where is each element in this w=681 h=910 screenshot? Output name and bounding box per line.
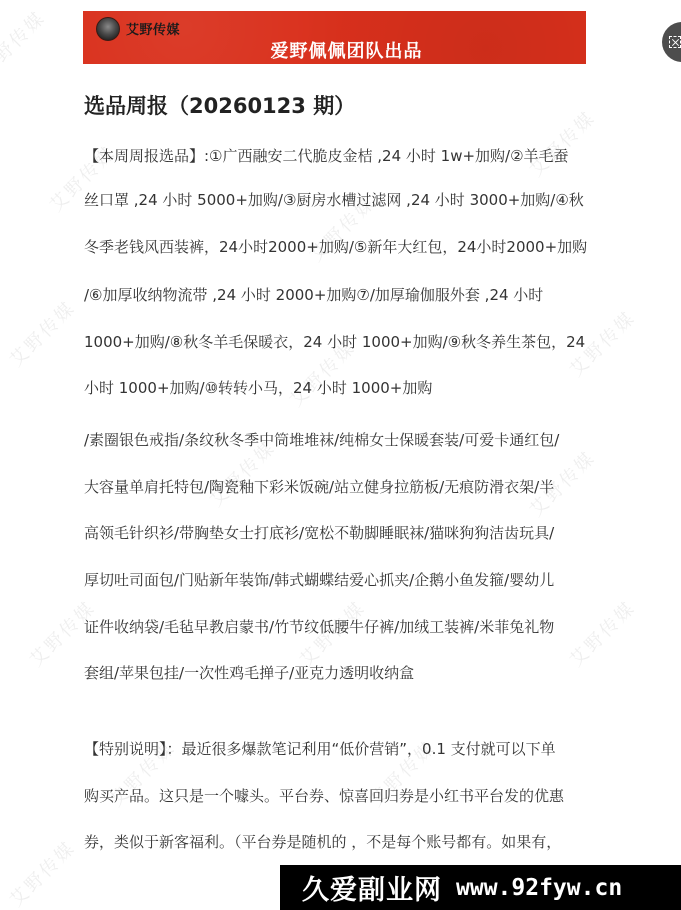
special-note-line: 购买产品。这只是一个噱头。平台券、惊喜回归券是小红书平台发的优惠 [84, 785, 564, 806]
watermark: 艾野传媒 [523, 104, 601, 182]
product-list-line: 证件收纳袋/毛毡早教启蒙书/竹节纹低腰牛仔裤/加绒工装裤/米菲兔礼物 [84, 616, 554, 637]
product-list-line: 厚切吐司面包/门贴新年装饰/韩式蝴蝶结爱心抓夹/企鹅小鱼发箍/婴幼儿 [84, 569, 554, 590]
watermark: 艾野传媒 [3, 294, 81, 372]
close-fullscreen-icon [669, 36, 681, 48]
watermark: 艾野传媒 [563, 594, 641, 672]
special-note-line: 券，类似于新客福利。（平台券是随机的 ，不是每个账号都有。如果有， [84, 831, 561, 852]
weekly-picks-line: 【本周周报选品】:①广西融安二代脆皮金桔 ,24 小时 1w+加购/②羊毛蚕 [84, 145, 569, 166]
weekly-picks-line: /⑥加厚收纳物流带 ,24 小时 2000+加购⑦/加厚瑜伽服外套 ,24 小时 [84, 284, 543, 305]
banner-title: 爱野佩佩团队出品 [83, 37, 586, 63]
footer-site-banner: 久爱副业网 www.92fyw.cn [280, 865, 681, 910]
close-button[interactable] [662, 22, 681, 62]
product-list-line: 大容量单肩托特包/陶瓷釉下彩米饭碗/站立健身拉筋板/无痕防滑衣架/半 [84, 476, 554, 497]
brand-name: 艾野传媒 [126, 19, 180, 38]
special-note-line: 【特别说明】：最近很多爆款笔记利用“低价营销”，0.1 支付就可以下单 [84, 738, 556, 759]
site-url[interactable]: www.92fyw.cn [456, 875, 622, 901]
product-list-line: 高领毛针织衫/带胸垫女士打底衫/宽松不勒脚睡眠袜/猫咪狗狗洁齿玩具/ [84, 522, 554, 543]
weekly-picks-line: 丝口罩 ,24 小时 5000+加购/③厨房水槽过滤网 ,24 小时 3000+… [84, 189, 584, 210]
watermark: 艾野传媒 [3, 834, 81, 910]
weekly-picks-line: 小时 1000+加购/⑩转转小马，24 小时 1000+加购 [84, 377, 432, 398]
weekly-picks-line: 冬季老钱风西装裤，24小时2000+加购/⑤新年大红包，24小时2000+加购 [84, 236, 587, 257]
product-list-line: 套组/苹果包挂/一次性鸡毛掸子/亚克力透明收纳盒 [84, 662, 414, 683]
site-name: 久爱副业网 [302, 868, 442, 907]
product-list-line: /素圈银色戒指/条纹秋冬季中筒堆堆袜/纯棉女士保暖套装/可爱卡通红包/ [84, 429, 559, 450]
weekly-picks-line: 1000+加购/⑧秋冬羊毛保暖衣，24 小时 1000+加购/⑨秋冬养生茶包，2… [84, 331, 585, 352]
watermark: 艾野传媒 [0, 4, 51, 82]
page-title: 选品周报（20260123 期） [84, 90, 355, 120]
header-banner: 艾野传媒 爱野佩佩团队出品 [83, 11, 586, 64]
